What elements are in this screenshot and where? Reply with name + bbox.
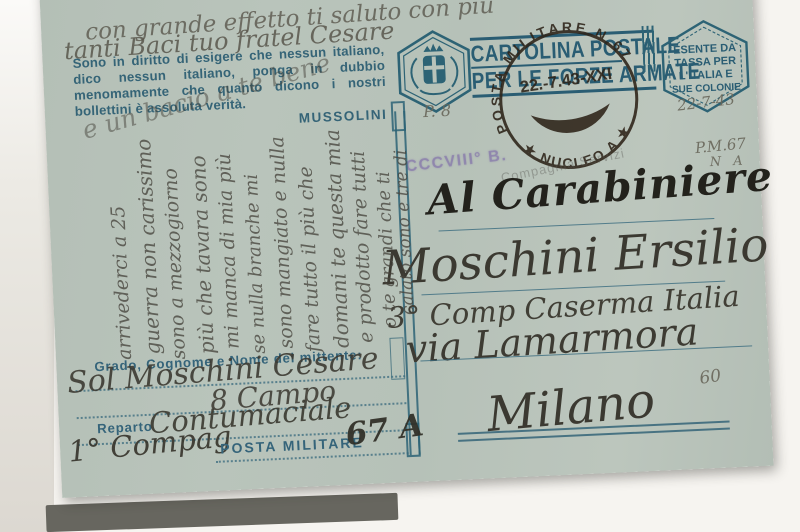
exempt-line3: L'ITALIA E — [679, 68, 733, 82]
postmark-date: 22.-7.43-XXI — [519, 65, 613, 97]
illegible-handwriting: se nulla branche mi — [241, 173, 270, 354]
illegible-handwriting: arrivederci a 25 — [107, 205, 136, 360]
illegible-handwriting: mi manca di mia più — [213, 153, 244, 350]
postmark-crescent — [531, 103, 614, 138]
compagnia-handwritten: 1° Compag — [67, 419, 233, 469]
illegible-handwriting: sono a mezzogiorno — [159, 168, 190, 360]
illegible-handwriting: sono mangiato e nulla — [266, 136, 298, 349]
postcard: con grande effetto ti saluto con più tan… — [38, 0, 773, 498]
illegible-handwriting: fare tutto il più che — [295, 166, 325, 353]
card-edge-shadow — [46, 493, 399, 532]
pencil-note-60: 60 — [698, 366, 722, 389]
divider-top-ornament — [391, 101, 406, 132]
pencil-note-p8: P. 8 — [423, 101, 452, 121]
scanned-postcard-photo: con grande effetto ti saluto con più tan… — [0, 0, 800, 532]
divider-mid-ornament — [389, 337, 405, 380]
